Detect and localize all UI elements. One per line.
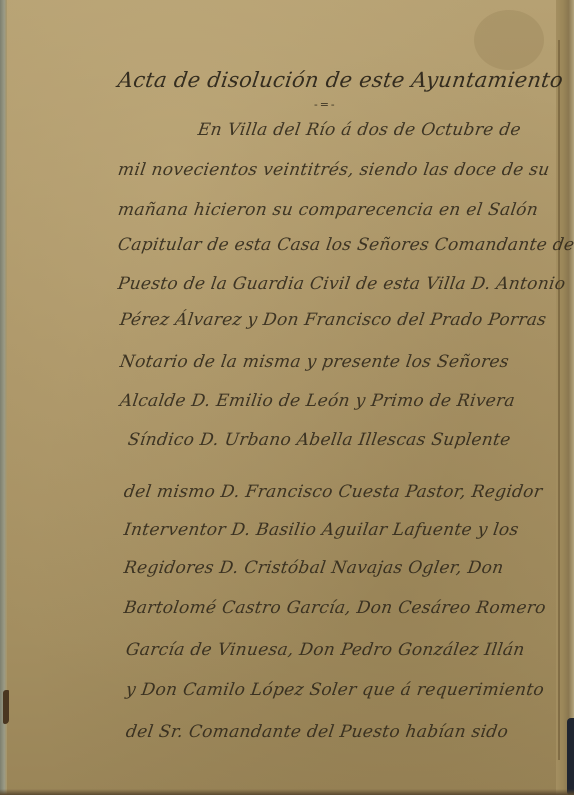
page-tear-left (3, 690, 9, 724)
text-line: Bartolomé Castro García, Don Cesáreo Rom… (123, 598, 548, 618)
text-line: Puesto de la Guardia Civil de esta Villa… (117, 274, 567, 294)
text-line: mañana hicieron su comparecencia en el S… (117, 200, 540, 220)
title-separator: -=- (314, 98, 337, 111)
text-line: García de Vinuesa, Don Pedro González Il… (125, 640, 526, 660)
page-tear-right (567, 718, 574, 795)
text-line: Capitular de esta Casa los Señores Coman… (117, 235, 574, 255)
text-line: Notario de la misma y presente los Señor… (119, 352, 511, 372)
text-line: Síndico D. Urbano Abella Illescas Suplen… (127, 430, 512, 450)
text-line: Alcalde D. Emilio de León y Primo de Riv… (119, 391, 517, 411)
text-line: Pérez Álvarez y Don Francisco del Prado … (119, 310, 548, 330)
document-title: Acta de disolución de este Ayuntamiento (116, 68, 564, 92)
text-line: Interventor D. Basilio Aguilar Lafuente … (123, 520, 520, 540)
paper-stain (474, 10, 544, 70)
text-line: del Sr. Comandante del Puesto habían sid… (125, 722, 510, 742)
page-left-edge (0, 0, 7, 795)
text-line: Regidores D. Cristóbal Navajas Ogler, Do… (123, 558, 505, 578)
text-line: mil novecientos veintitrés, siendo las d… (117, 160, 551, 180)
document-page: Acta de disolución de este Ayuntamiento … (0, 0, 574, 795)
text-line: En Villa del Río á dos de Octubre de (197, 120, 523, 140)
page-fold-line (558, 40, 560, 760)
text-line: del mismo D. Francisco Cuesta Pastor, Re… (123, 482, 544, 502)
page-bottom-edge (0, 789, 574, 795)
text-line: y Don Camilo López Soler que á requerimi… (125, 680, 546, 700)
